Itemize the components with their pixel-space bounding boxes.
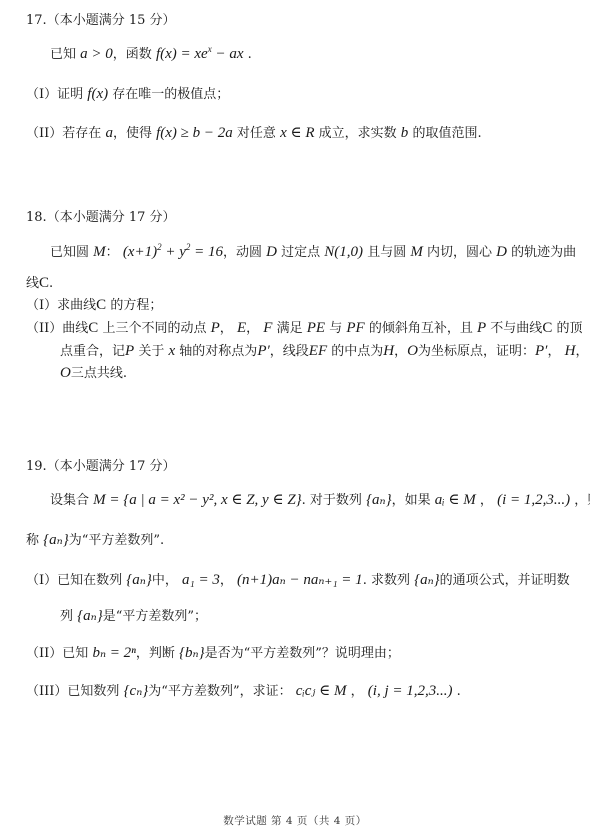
- text: 已知圆: [50, 245, 89, 260]
- text: 的轨迹为曲: [511, 245, 576, 260]
- math: f(x): [87, 86, 108, 102]
- problem-18-part-2-line-3: O三点共线.: [60, 364, 127, 383]
- problem-17-header: 17.（本小题满分 15 分）: [26, 12, 176, 30]
- math: f(x) ≥ b − 2a: [156, 125, 233, 141]
- problem-19-part-1-line-1: （I）已知在数列 {aₙ}中， a₁ = 3， (n+1)aₙ − naₙ₊₁ …: [26, 571, 570, 590]
- problem-17-part-2: （II）若存在 a，使得 f(x) ≥ b − 2a 对任意 x ∈ R 成立，…: [26, 124, 482, 143]
- text: 若存在: [62, 126, 101, 141]
- problem-17-stem: 已知 a > 0，函数 f(x) = xex − ax .: [50, 45, 252, 64]
- math: b: [401, 125, 409, 141]
- text: ，动圆: [223, 245, 262, 260]
- problem-18-part-2-line-2: 点重合，记P 关于 x 轴的对称点为P′，线段EF 的中点为H，O为坐标原点，证…: [60, 342, 588, 361]
- text: 的方程；: [110, 298, 162, 313]
- part-label: （I）: [26, 87, 57, 102]
- text: .: [248, 47, 252, 62]
- text: ，: [480, 493, 493, 508]
- text: . 对于数列: [302, 493, 362, 508]
- math: a: [105, 125, 113, 141]
- text: 求曲线: [57, 298, 96, 313]
- text: 设集合: [50, 493, 89, 508]
- problem-19-part-3: （III）已知数列 {cₙ}为“平方差数列”，求证： cᵢcⱼ ∈ M ， (i…: [26, 682, 461, 701]
- math: {aₙ}: [366, 492, 392, 508]
- math: M: [410, 244, 423, 260]
- math: M: [93, 244, 106, 260]
- problem-19-stem-line-2: 称 {aₙ}为“平方差数列”.: [26, 531, 164, 550]
- problem-19-stem-line-1: 设集合 M = {a | a = x² − y², x ∈ Z, y ∈ Z}.…: [50, 491, 590, 510]
- problem-18-header: 18.（本小题满分 17 分）: [26, 209, 176, 227]
- problem-18-part-2-line-1: （II）曲线C 上三个不同的动点 P， E， F 满足 PE 与 PF 的倾斜角…: [26, 319, 582, 338]
- text: 为“平方差数列”.: [69, 533, 164, 548]
- text: 的取值范围.: [412, 126, 481, 141]
- text: ，则: [574, 493, 590, 508]
- math: x ∈ R: [280, 125, 314, 141]
- problem-18-part-1: （I）求曲线C 的方程；: [26, 296, 162, 315]
- text: 内切，圆心: [427, 245, 492, 260]
- math-function: f(x) = xex − ax: [156, 46, 244, 62]
- math-circle-equation: (x+1)2 + y2 = 16: [123, 244, 223, 260]
- part-label: （I）: [26, 573, 57, 588]
- math: C: [39, 275, 49, 291]
- math: {aₙ}: [43, 532, 69, 548]
- problem-19-part-2: （II）已知 bₙ = 2ⁿ，判断 {bₙ}是否为“平方差数列”？说明理由；: [26, 644, 400, 663]
- problem-17-part-1: （I）证明 f(x) 存在唯一的极值点；: [26, 85, 229, 104]
- text: 线: [26, 276, 39, 291]
- text: 过定点: [281, 245, 320, 260]
- problem-18-stem-line-2: 线C.: [26, 274, 53, 293]
- text: 已知: [50, 47, 76, 62]
- math: D: [266, 244, 277, 260]
- text: 成立，求实数: [319, 126, 397, 141]
- problem-number: 19.: [26, 459, 47, 474]
- part-label: （II）: [26, 126, 62, 141]
- problem-18-stem-line-1: 已知圆 M： (x+1)2 + y2 = 16，动圆 D 过定点 N(1,0) …: [50, 243, 576, 262]
- text: ：: [106, 245, 119, 260]
- text: .: [49, 276, 53, 291]
- part-label: （II）: [26, 321, 62, 336]
- problem-number: 17.: [26, 13, 47, 28]
- text: ，如果: [392, 493, 431, 508]
- score-note: （本小题满分 17 分）: [47, 210, 176, 225]
- part-label: （II）: [26, 646, 62, 661]
- math: aᵢ ∈ M: [435, 492, 476, 508]
- score-note: （本小题满分 17 分）: [47, 459, 176, 474]
- math: a > 0: [80, 46, 113, 62]
- page-footer: 数学试题 第 4 页（共 4 页）: [0, 813, 590, 828]
- text: 证明: [57, 87, 83, 102]
- text: ，使得: [113, 126, 152, 141]
- problem-19-part-1-line-2: 列 {aₙ}是“平方差数列”；: [60, 607, 207, 626]
- score-note: （本小题满分 15 分）: [47, 13, 176, 28]
- problem-19-header: 19.（本小题满分 17 分）: [26, 458, 176, 476]
- math: C: [96, 297, 106, 313]
- text: ，函数: [113, 47, 152, 62]
- problem-number: 18.: [26, 210, 47, 225]
- part-label: （I）: [26, 298, 57, 313]
- part-label: （III）: [26, 684, 67, 699]
- math: (i = 1,2,3...): [497, 492, 570, 508]
- math: N(1,0): [324, 244, 363, 260]
- text: 存在唯一的极值点；: [112, 87, 229, 102]
- text: 称: [26, 533, 39, 548]
- math-set: M = {a | a = x² − y², x ∈ Z, y ∈ Z}: [93, 492, 302, 508]
- text: 且与圆: [367, 245, 406, 260]
- text: 对任意: [237, 126, 276, 141]
- math: D: [496, 244, 507, 260]
